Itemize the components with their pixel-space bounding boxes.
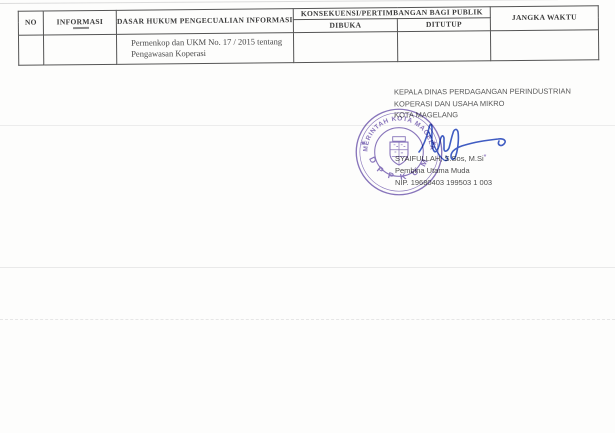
col-header-jangka-waktu: JANGKA WAKTU <box>490 6 598 31</box>
cell-jangka-waktu <box>490 30 598 61</box>
col-header-dasar-hukum: DASAR HUKUM PENGECUALIAN INFORMASI <box>116 9 293 35</box>
col-header-no: NO <box>18 11 43 35</box>
table-row: Permenkop dan UKM No. 17 / 2015 tentang … <box>18 30 598 66</box>
scan-artifact-line <box>0 125 615 126</box>
stamp-star-left-icon: ★ <box>360 140 366 147</box>
cell-dasar-hukum: Permenkop dan UKM No. 17 / 2015 tentang … <box>116 33 293 65</box>
office-title-line1: KEPALA DINAS PERDAGANGAN PERINDUSTRIAN <box>394 85 594 98</box>
scan-artifact-line <box>0 319 615 320</box>
exemption-table: NO INFORMASI DASAR HUKUM PENGECUALIAN IN… <box>18 5 599 66</box>
cell-ditutup <box>397 31 490 62</box>
col-header-informasi: INFORMASI <box>43 10 116 35</box>
col-header-ditutup: DITUTUP <box>397 18 490 32</box>
cell-no <box>18 35 43 65</box>
information-exemption-table: NO INFORMASI DASAR HUKUM PENGECUALIAN IN… <box>18 5 600 66</box>
scan-artifact-line <box>0 0 558 4</box>
cell-informasi <box>43 34 116 65</box>
handwritten-signature-icon <box>389 111 519 166</box>
cell-dibuka <box>293 32 397 63</box>
col-header-dibuka: DIBUKA <box>293 19 397 33</box>
scan-artifact-line <box>0 267 615 268</box>
